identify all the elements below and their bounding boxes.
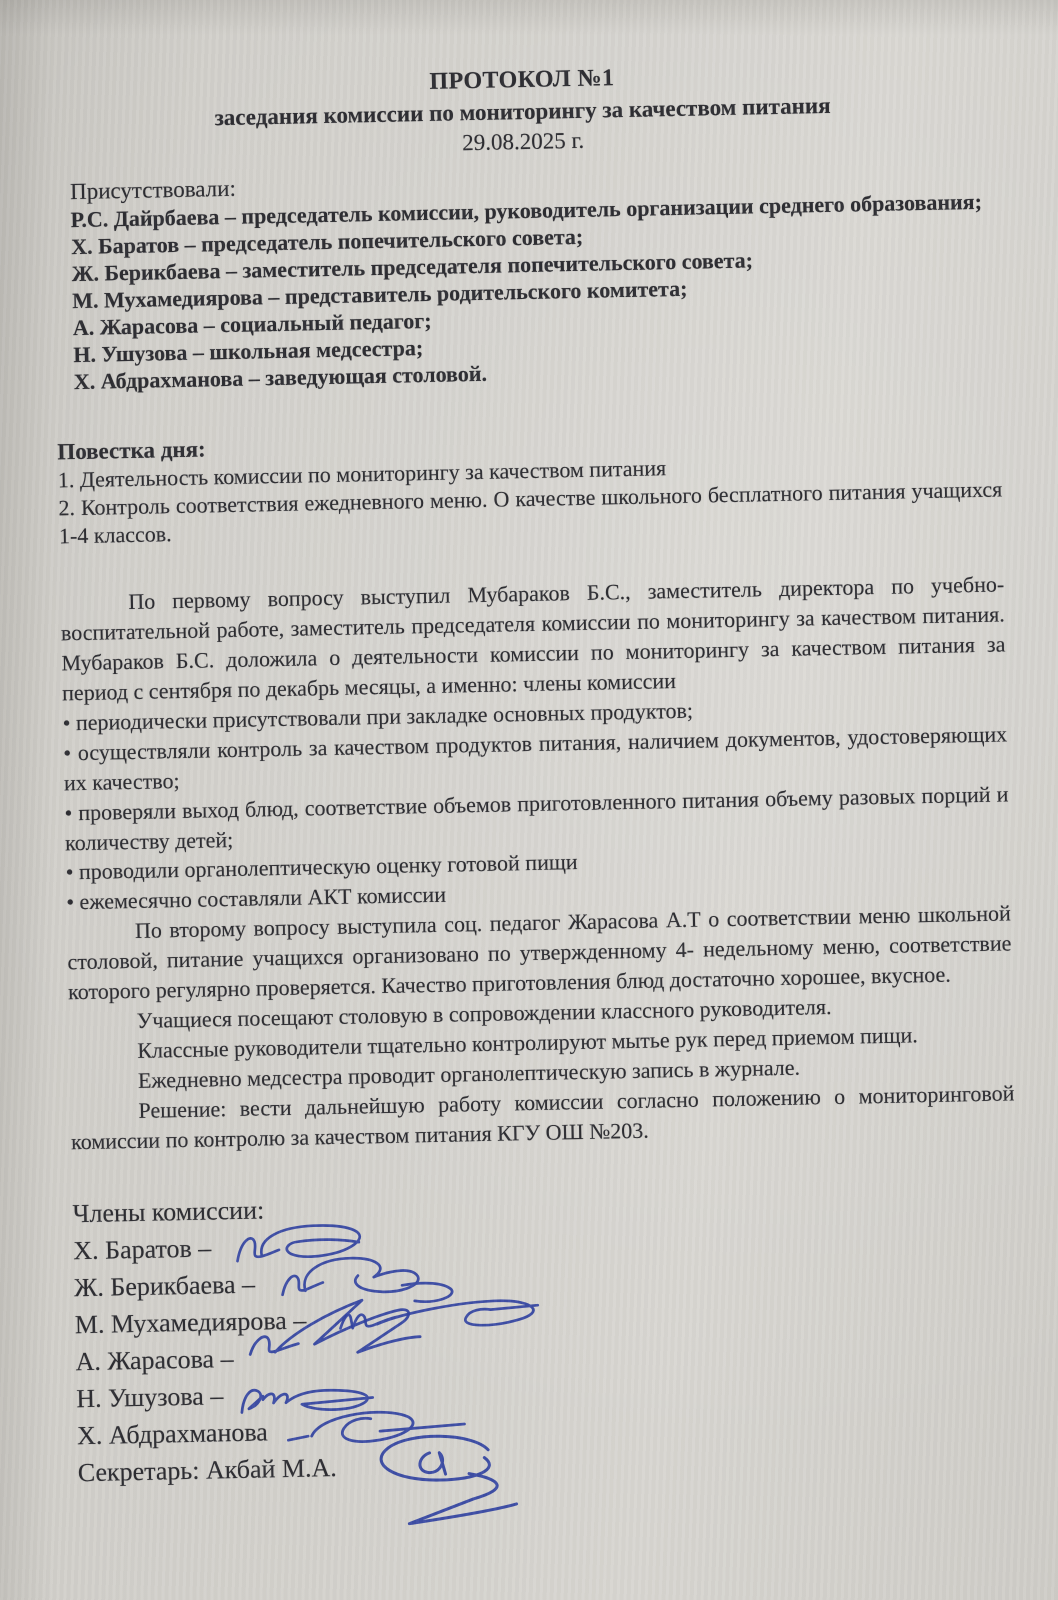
scanned-document-page: ПРОТОКОЛ №1 заседания комиссии по монито… <box>0 0 1058 1600</box>
attendees-section: Присутствовали: Р.С. Дайрбаева – председ… <box>70 160 1000 396</box>
signing-section: Члены комиссии: Х. Баратов – Ж. Берикбае… <box>72 1176 1022 1491</box>
agenda-section: Повестка дня: 1. Деятельность комиссии п… <box>57 419 1003 551</box>
member-name: М. Мухамедиярова – <box>75 1305 307 1339</box>
member-name: Х. Абдрахманова <box>77 1417 268 1450</box>
body-section: По первому вопросу выступил Мубараков Б.… <box>60 570 1015 1157</box>
document-sheet: ПРОТОКОЛ №1 заседания комиссии по монито… <box>0 0 1058 1492</box>
member-name: А. Жарасова – <box>75 1344 234 1376</box>
document-header: ПРОТОКОЛ №1 заседания комиссии по монито… <box>50 55 996 167</box>
member-name: Секретарь: Акбай М.А. <box>77 1453 337 1487</box>
member-name: Ж. Берикбаева – <box>74 1269 255 1302</box>
member-name: Н. Ушузова – <box>76 1381 224 1413</box>
member-name: Х. Баратов – <box>73 1233 211 1265</box>
body-paragraph-second-question: По второму вопросу выступила соц. педаго… <box>67 899 1013 1008</box>
body-paragraph-first-question: По первому вопросу выступил Мубараков Б.… <box>60 570 1006 709</box>
